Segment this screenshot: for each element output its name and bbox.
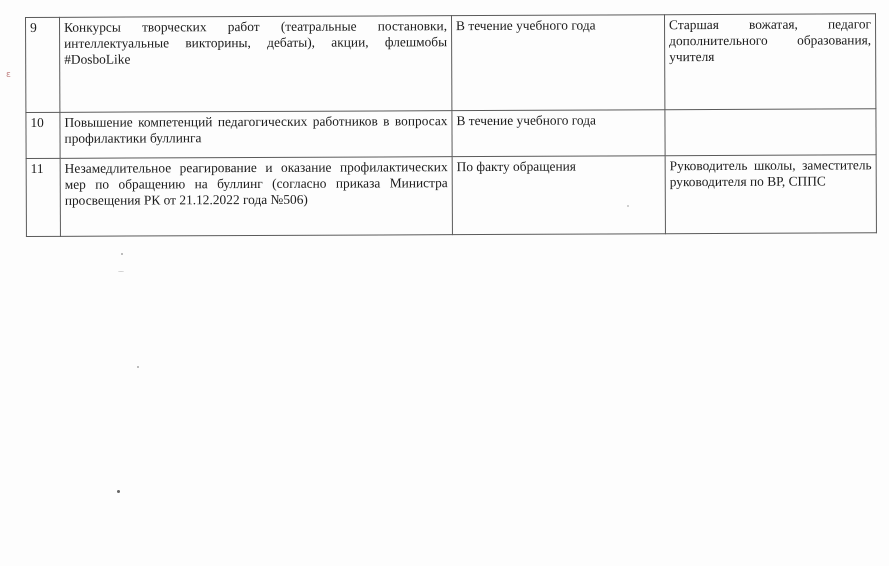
table-row: 10 Повышение компетенций педагогических … bbox=[26, 109, 876, 159]
scanned-page: ε 9 Конкурсы творческих работ (театральн… bbox=[0, 0, 889, 566]
responsible-cell: Руководитель школы, заместитель руководи… bbox=[665, 155, 876, 234]
activity-plan-table: 9 Конкурсы творческих работ (театральные… bbox=[25, 13, 877, 237]
margin-mark: ε bbox=[6, 70, 11, 80]
scan-speck bbox=[137, 366, 139, 368]
scan-speck bbox=[118, 271, 124, 272]
table-row: 11 Незамедлительное реагирование и оказа… bbox=[26, 155, 876, 237]
row-number: 9 bbox=[26, 17, 60, 112]
responsible-cell: Старшая вожатая, педагог дополнительного… bbox=[664, 14, 875, 110]
scan-speck bbox=[117, 490, 120, 493]
term-cell: В течение учебного года bbox=[452, 110, 665, 157]
event-cell: Незамедлительное реагирование и оказание… bbox=[60, 157, 452, 237]
table-row: 9 Конкурсы творческих работ (театральные… bbox=[26, 14, 876, 113]
event-cell: Конкурсы творческих работ (театральные п… bbox=[60, 16, 452, 113]
responsible-cell bbox=[665, 109, 876, 156]
row-number: 10 bbox=[26, 112, 60, 158]
scan-speck bbox=[121, 253, 123, 255]
term-cell: В течение учебного года bbox=[451, 15, 664, 111]
term-cell: По факту обращения bbox=[452, 156, 665, 235]
event-cell: Повышение компетенций педагогических раб… bbox=[60, 111, 452, 159]
row-number: 11 bbox=[26, 158, 60, 236]
scan-speck bbox=[627, 205, 629, 207]
